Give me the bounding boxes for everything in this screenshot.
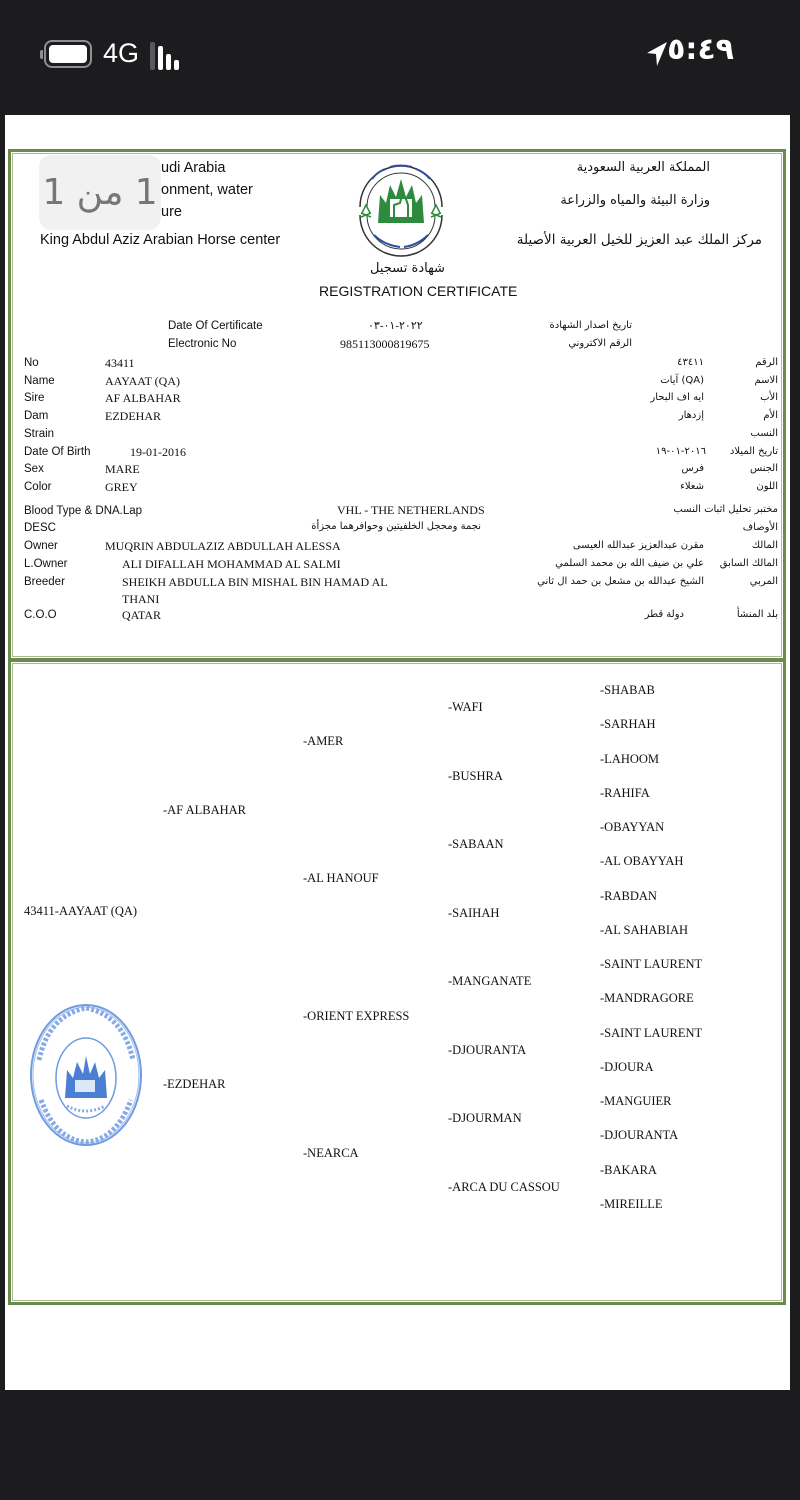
pedigree-gen3-entry: -DJOURMAN <box>448 1111 522 1126</box>
pedigree-gen3-entry: -MANGANATE <box>448 974 531 989</box>
lowner-label: L.Owner <box>24 558 67 570</box>
coo-value-ar: دولة قطر <box>645 609 684 620</box>
header-en-line3: ure <box>161 204 182 220</box>
blood-type-value: VHL - THE NETHERLANDS <box>337 503 485 518</box>
battery-icon <box>44 40 92 68</box>
dam-value-ar: إزدهار <box>679 410 704 421</box>
pedigree-gen3-entry: -ARCA DU CASSOU <box>448 1180 560 1195</box>
pedigree-gen3-entry: -WAFI <box>448 700 483 715</box>
header-en-line2: onment, water <box>161 182 253 198</box>
lowner-label-ar: المالك السابق <box>720 558 778 569</box>
color-value-ar: شعلاء <box>680 481 704 492</box>
certificate-title-ar: شهادة تسجيل <box>370 261 445 276</box>
pedigree-gen2-entry: -AL HANOUF <box>303 871 379 886</box>
date-of-certificate-value: ٢٠٢٢-٠١-٠٣ <box>368 319 423 332</box>
no-value-ar: ٤٣٤١١ <box>677 357 704 368</box>
pedigree-gen4-entry: -RABDAN <box>600 889 657 904</box>
pedigree-gen3-entry: -BUSHRA <box>448 769 503 784</box>
certificate-title-en: REGISTRATION CERTIFICATE <box>319 283 517 299</box>
pedigree-gen4-entry: -DJOURANTA <box>600 1128 678 1143</box>
pedigree-gen4-entry: -SARHAH <box>600 717 656 732</box>
dam-label-ar: الأم <box>763 410 778 421</box>
owner-label-ar: المالك <box>752 540 778 551</box>
sex-value: MARE <box>105 462 140 477</box>
breeder-label: Breeder <box>24 576 65 588</box>
sire-value: AF ALBAHAR <box>105 391 181 406</box>
pedigree-gen4-entry: -SAINT LAURENT <box>600 1026 702 1041</box>
pedigree-gen4-entry: -LAHOOM <box>600 752 659 767</box>
pedigree-frame <box>8 659 786 1305</box>
no-label-ar: الرقم <box>755 357 778 368</box>
dam-value: EZDEHAR <box>105 409 161 424</box>
breeder-label-ar: المربي <box>750 576 778 587</box>
no-value: 43411 <box>105 356 135 371</box>
coo-label: C.O.O <box>24 609 57 621</box>
page-indicator: 1 من 1 <box>39 155 161 230</box>
color-value: GREY <box>105 480 138 495</box>
date-of-certificate-label-ar: تاريخ اصدار الشهادة <box>550 320 632 331</box>
pedigree-gen1-entry: -EZDEHAR <box>163 1077 226 1092</box>
pedigree-gen4-entry: -AL OBAYYAH <box>600 854 683 869</box>
electronic-no-value: 985113000819675 <box>340 337 430 352</box>
pedigree-gen4-entry: -OBAYYAN <box>600 820 664 835</box>
header-ar-line2: وزارة البيئة والمياه والزراعة <box>560 193 710 208</box>
breeder-value-line2: THANI <box>122 592 159 607</box>
date-of-birth-value-ar: ٢٠١٦-٠١-١٩ <box>656 446 706 457</box>
dam-label: Dam <box>24 410 48 422</box>
header-ar-line3: مركز الملك عبد العزيز للخيل العربية الأص… <box>517 232 762 248</box>
breeder-value: SHEIKH ABDULLA BIN MISHAL BIN HAMAD AL <box>122 575 388 590</box>
pedigree-gen1-entry: -AF ALBAHAR <box>163 803 246 818</box>
strain-label-ar: النسب <box>750 428 778 439</box>
sex-value-ar: فرس <box>681 463 704 474</box>
pedigree-gen2-entry: -ORIENT EXPRESS <box>303 1009 409 1024</box>
desc-value: نجمة ومحجل الخلفيتين وحوافرهما مجزأة <box>331 521 481 532</box>
color-label-ar: اللون <box>756 481 778 492</box>
blood-type-label: Blood Type & DNA.Lap <box>24 505 142 517</box>
color-label: Color <box>24 481 51 493</box>
no-label: No <box>24 357 39 369</box>
header-ar-line1: المملكة العربية السعودية <box>577 160 710 175</box>
blood-type-label-ar: مختبر تحليل اثبات النسب <box>673 504 778 515</box>
signal-strength-icon <box>150 40 190 70</box>
owner-value-ar: مقرن عبدالعزيز عبدالله العيسى <box>573 540 704 551</box>
sex-label: Sex <box>24 463 44 475</box>
pedigree-gen2-entry: -NEARCA <box>303 1146 359 1161</box>
electronic-no-label-ar: الرقم الاكتروني <box>568 338 632 349</box>
sire-label: Sire <box>24 392 44 404</box>
owner-value: MUQRIN ABDULAZIZ ABDULLAH ALESSA <box>105 539 341 554</box>
pedigree-gen4-entry: -SAINT LAURENT <box>600 957 702 972</box>
desc-label-ar: الأوصاف <box>743 522 778 533</box>
name-value-ar: (QA) آيات <box>660 375 704 386</box>
name-value: AAYAAT (QA) <box>105 374 180 389</box>
pedigree-gen3-entry: -DJOURANTA <box>448 1043 526 1058</box>
pedigree-gen4-entry: -AL SAHABIAH <box>600 923 688 938</box>
date-of-birth-value: 19-01-2016 <box>130 445 186 460</box>
lowner-value-ar: علي بن ضيف الله بن محمد السلمي <box>555 558 704 569</box>
coo-value: QATAR <box>122 608 161 623</box>
date-of-certificate-label: Date Of Certificate <box>168 320 263 332</box>
header-en-line1: udi Arabia <box>161 160 226 176</box>
name-label: Name <box>24 375 55 387</box>
owner-label: Owner <box>24 540 58 552</box>
pedigree-gen4-entry: -MANGUIER <box>600 1094 672 1109</box>
electronic-no-label: Electronic No <box>168 338 236 350</box>
sex-label-ar: الجنس <box>750 463 778 474</box>
strain-label: Strain <box>24 428 54 440</box>
document-page[interactable]: 1 من 1 udi Arabia onment, water ure King… <box>5 115 790 1390</box>
clock: ٥:٤٩ <box>667 32 734 67</box>
pedigree-gen4-entry: -MIREILLE <box>600 1197 662 1212</box>
breeder-value-ar: الشيخ عبدالله بن مشعل بن حمد ال ثاني <box>537 576 704 587</box>
pedigree-subject: 43411-AAYAAT (QA) <box>24 904 137 919</box>
pedigree-gen4-entry: -DJOURA <box>600 1060 653 1075</box>
sire-label-ar: الأب <box>760 392 778 403</box>
date-of-birth-label-ar: تاريخ الميلاد <box>730 446 778 457</box>
pedigree-gen3-entry: -SAIHAH <box>448 906 499 921</box>
pedigree-gen2-entry: -AMER <box>303 734 343 749</box>
pedigree-gen4-entry: -BAKARA <box>600 1163 657 1178</box>
network-type: 4G <box>103 38 139 69</box>
header-en-line4: King Abdul Aziz Arabian Horse center <box>40 232 280 248</box>
pedigree-gen4-entry: -SHABAB <box>600 683 655 698</box>
name-label-ar: الاسم <box>754 375 778 386</box>
date-of-birth-label: Date Of Birth <box>24 446 90 458</box>
lowner-value: ALI DIFALLAH MOHAMMAD AL SALMI <box>122 557 341 572</box>
pedigree-gen4-entry: -RAHIFA <box>600 786 650 801</box>
coo-label-ar: بلد المنشأ <box>737 609 778 620</box>
status-bar: 4G ٥:٤٩ <box>0 0 800 112</box>
pedigree-gen3-entry: -SABAAN <box>448 837 504 852</box>
location-arrow-icon <box>645 40 669 68</box>
desc-label: DESC <box>24 522 56 534</box>
registry-stamp <box>27 1000 145 1150</box>
sire-value-ar: ايه اف البحار <box>650 392 704 403</box>
ministry-emblem-logo <box>350 155 452 257</box>
pedigree-gen4-entry: -MANDRAGORE <box>600 991 694 1006</box>
